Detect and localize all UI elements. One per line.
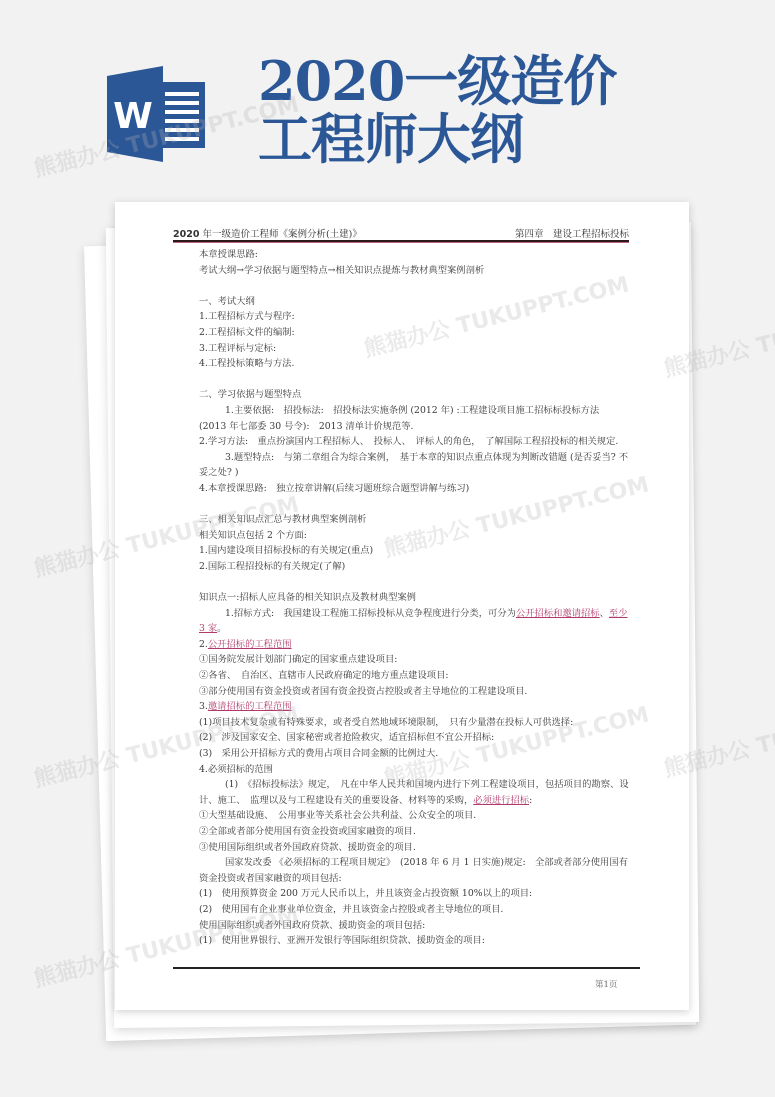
- text-line: 相关知识点包括 2 个方面:: [199, 528, 629, 544]
- list-item: 3.工程评标与定标:: [199, 341, 629, 357]
- list-item: 2.公开招标的工程范围: [199, 637, 629, 653]
- page-title: 2020一级造价 工程师大纲: [258, 52, 616, 168]
- list-item: ③部分使用国有资金投资或者国有资金投资占控股或者主导地位的工程建设项目.: [199, 684, 629, 700]
- list-item: 4.工程投标策略与方法.: [199, 356, 629, 372]
- list-item: ①国务院发展计划部门确定的国家重点建设项目:: [199, 652, 629, 668]
- list-item: 1.主要依据: 招投标法: 招投标法实施条例 (2012 年) :工程建设项目施…: [199, 403, 629, 434]
- word-icon: W: [107, 66, 207, 162]
- highlight-text: 公开招标和邀请招标: [516, 608, 600, 619]
- list-item: 2.学习方法: 重点扮演国内工程招标人、 投标人、 评标人的角色， 了解国际工程…: [199, 434, 629, 450]
- list-item: 4.必须招标的范围: [199, 762, 629, 778]
- highlight-text: 公开招标的工程范围: [208, 639, 292, 650]
- list-item: (1) 使用世界银行、亚洲开发银行等国际组织贷款、援助资金的项目:: [199, 933, 629, 949]
- highlight-text: 邀请招标的工程范围: [208, 701, 292, 712]
- list-item: ③使用国际组织或者外国政府贷款、援助资金的项目.: [199, 840, 629, 856]
- list-item: 1.招标方式: 我国建设工程施工招标投标从竞争程度进行分类，可分为公开招标和邀请…: [199, 606, 629, 637]
- title-line-2: 工程师大纲: [258, 110, 616, 168]
- list-item: (2) 使用国有企业事业单位资金，并且该资金占控股或者主导地位的项目.: [199, 902, 629, 918]
- list-item: ①大型基础设施、 公用事业等关系社会公共利益、公众安全的项目.: [199, 808, 629, 824]
- list-item: 2.工程招标文件的编制:: [199, 325, 629, 341]
- highlight-text: 必须进行招标: [473, 795, 529, 806]
- page-body: 本章授课思路: 考试大纲→学习依据与题型特点→相关知识点提炼与教材典型案例剖析 …: [199, 247, 629, 949]
- document-page: 2020 年一级造价工程师《案例分析(土建)》 第四章 建设工程招标投标 本章授…: [115, 202, 689, 1010]
- list-item: (1) 使用预算资金 200 万元人民币以上，并且该资金占投资额 10%以上的项…: [199, 886, 629, 902]
- list-item: 3.邀请招标的工程范围: [199, 699, 629, 715]
- banner: W 2020一级造价 工程师大纲: [0, 0, 775, 200]
- list-item: 4.本章授课思路: 独立按章讲解(后续习题班综合题型讲解与练习): [199, 481, 629, 497]
- text-line: 国家发改委 《必须招标的工程项目规定》 (2018 年 6 月 1 日实施)规定…: [199, 855, 629, 886]
- section-heading: 二、学习依据与题型特点: [199, 387, 629, 403]
- section-heading: 一、考试大纲: [199, 294, 629, 310]
- text-line: 使用国际组织或者外国政府贷款、援助资金的项目包括:: [199, 918, 629, 934]
- list-item: (2) 涉及国家安全、国家秘密或者抢险救灾，适宜招标但不宜公开招标:: [199, 730, 629, 746]
- list-item: ②全部或者部分使用国有资金投资或国家融资的项目.: [199, 824, 629, 840]
- header-left: 2020 年一级造价工程师《案例分析(土建)》: [173, 226, 362, 240]
- section-heading: 三、相关知识点汇总与教材典型案例剖析: [199, 512, 629, 528]
- svg-text:W: W: [113, 96, 153, 137]
- page-number: 第1页: [595, 978, 617, 990]
- page-header: 2020 年一级造价工程师《案例分析(土建)》 第四章 建设工程招标投标: [173, 222, 629, 240]
- text-line: 本章授课思路:: [199, 247, 629, 263]
- text-line: 考试大纲→学习依据与题型特点→相关知识点提炼与教材典型案例剖析: [199, 263, 629, 279]
- header-right: 第四章 建设工程招标投标: [515, 226, 629, 240]
- title-line-1: 2020一级造价: [258, 52, 616, 110]
- list-item: 3.题型特点: 与第二章组合为综合案例， 基于本章的知识点重点体现为判断改错题 …: [199, 450, 629, 481]
- list-item: (1)项目技术复杂或有特殊要求，或者受自然地域环境限制， 只有少量潜在投标人可供…: [199, 715, 629, 731]
- knowledge-point-heading: 知识点一:招标人应具备的相关知识点及教材典型案例: [199, 590, 629, 606]
- list-item: 1.工程招标方式与程序:: [199, 309, 629, 325]
- list-item: (3) 采用公开招标方式的费用占项目合同金额的比例过大.: [199, 746, 629, 762]
- footer-divider: [173, 967, 640, 969]
- header-divider: [173, 240, 629, 243]
- list-item: ②各省、 自治区、直辖市人民政府确定的地方重点建设项目:: [199, 668, 629, 684]
- list-item: 2.国际工程招投标的有关规定(了解): [199, 559, 629, 575]
- list-item: (1) 《招标投标法》规定， 凡在中华人民共和国境内进行下列工程建设项目，包括项…: [199, 777, 629, 808]
- list-item: 1.国内建设项目招标投标的有关规定(重点): [199, 543, 629, 559]
